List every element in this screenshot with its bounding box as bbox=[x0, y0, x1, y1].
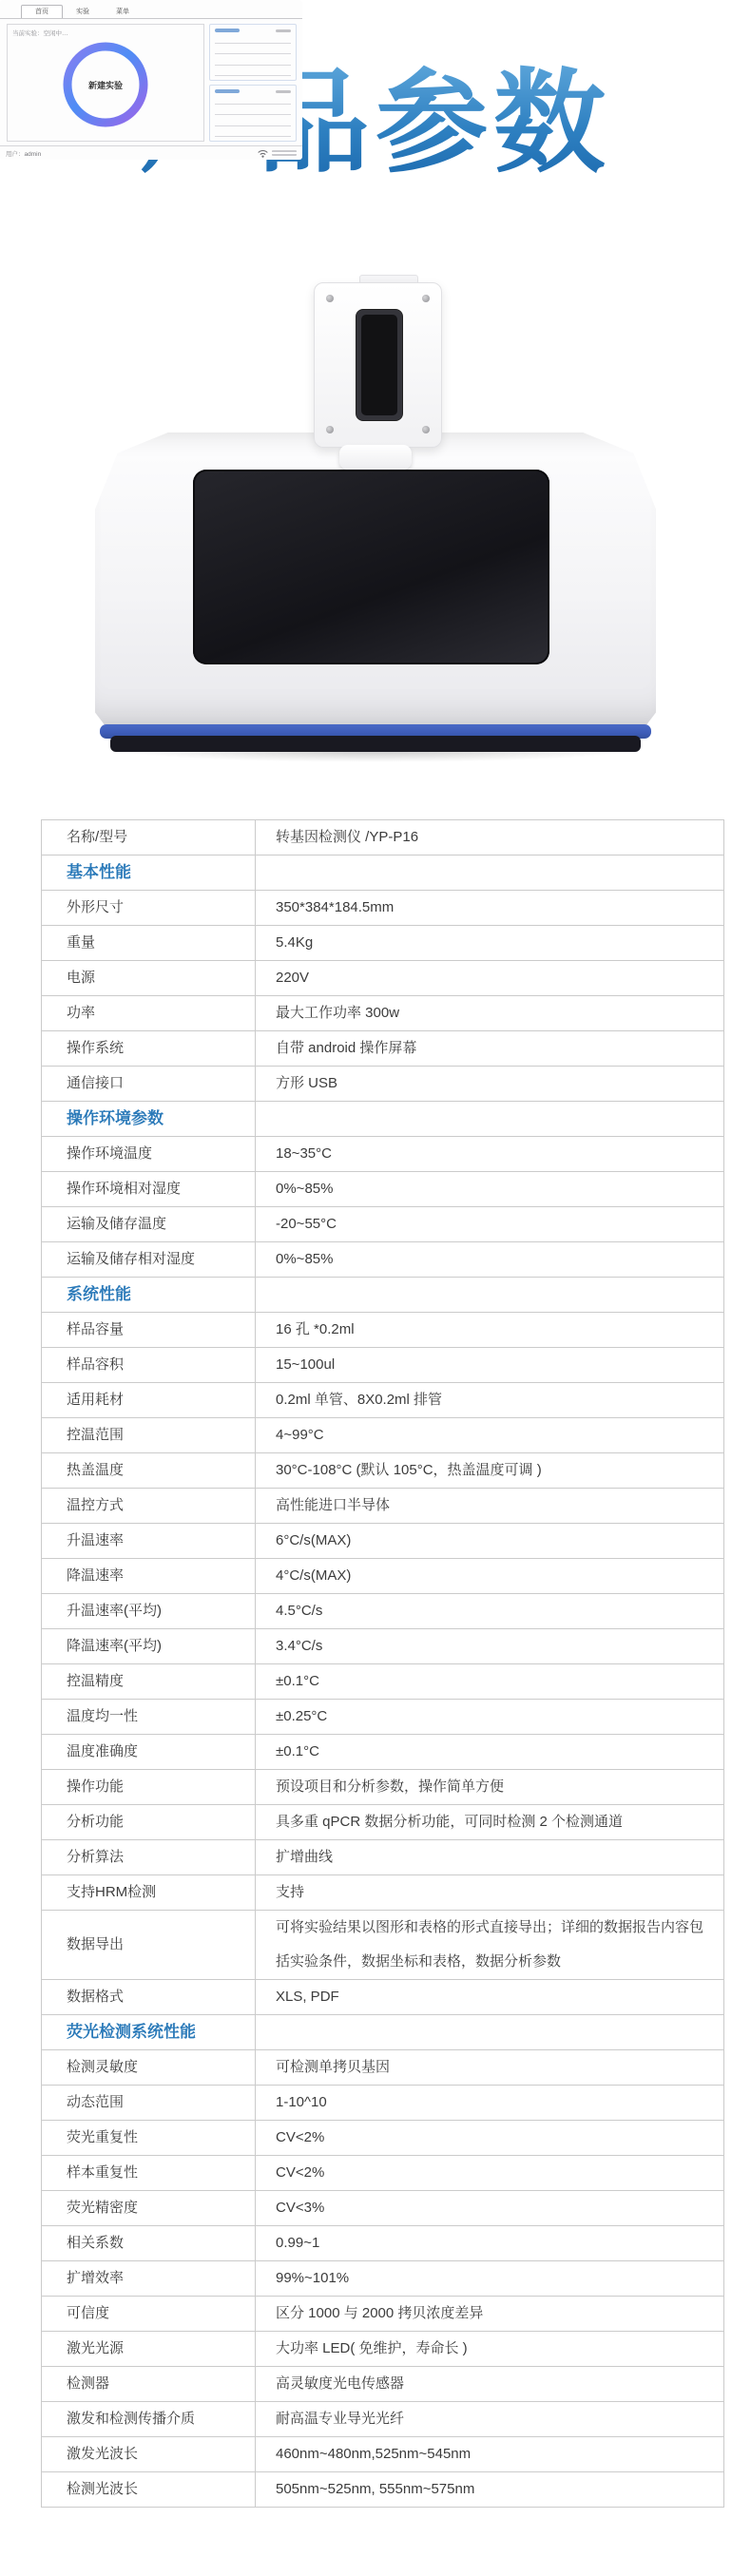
side-panel-title-bar bbox=[215, 89, 240, 93]
spec-value: 220V bbox=[256, 961, 724, 996]
spec-value: 4~99°C bbox=[256, 1418, 724, 1453]
spec-label: 控温精度 bbox=[42, 1664, 256, 1700]
section-row: 操作环境参数 bbox=[42, 1102, 724, 1137]
spec-row: 重量5.4Kg bbox=[42, 926, 724, 961]
spec-row: 荧光精密度CV<3% bbox=[42, 2191, 724, 2226]
spec-value: 1-10^10 bbox=[256, 2086, 724, 2121]
spec-row: 操作环境温度18~35°C bbox=[42, 1137, 724, 1172]
spec-label: 样品容积 bbox=[42, 1348, 256, 1383]
spec-label: 功率 bbox=[42, 996, 256, 1031]
spec-row: 激光光源大功率 LED( 免维护，寿命长 ) bbox=[42, 2332, 724, 2367]
spec-row: 操作环境相对湿度0%~85% bbox=[42, 1172, 724, 1207]
spec-row: 检测光波长505nm~525nm, 555nm~575nm bbox=[42, 2472, 724, 2508]
spec-row: 温度均一性±0.25°C bbox=[42, 1700, 724, 1735]
section-title: 操作环境参数 bbox=[42, 1102, 256, 1137]
spec-value: 转基因检测仪 /YP-P16 bbox=[256, 820, 724, 855]
spec-label: 扩增效率 bbox=[42, 2261, 256, 2297]
spec-label: 降温速率 bbox=[42, 1559, 256, 1594]
spec-value: 大功率 LED( 免维护，寿命长 ) bbox=[256, 2332, 724, 2367]
device-foot-strip bbox=[110, 736, 641, 752]
screen-side-panel bbox=[209, 24, 297, 81]
screen-bezel bbox=[193, 470, 549, 664]
spec-row: 操作功能预设项目和分析参数，操作简单方便 bbox=[42, 1770, 724, 1805]
specs-table-body: 名称/型号转基因检测仪 /YP-P16基本性能外形尺寸350*384*184.5… bbox=[42, 820, 724, 2508]
spec-label: 运输及储存温度 bbox=[42, 1207, 256, 1242]
screen-clock-text-blur bbox=[272, 150, 297, 156]
screen-status-bar: 用户：admin bbox=[0, 145, 302, 160]
spec-label: 通信接口 bbox=[42, 1067, 256, 1102]
spec-row: 样品容积15~100ul bbox=[42, 1348, 724, 1383]
spec-label: 降温速率(平均) bbox=[42, 1629, 256, 1664]
spec-value: -20~55°C bbox=[256, 1207, 724, 1242]
spec-row: 电源220V bbox=[42, 961, 724, 996]
spec-value: 30°C-108°C (默认 105°C，热盖温度可调 ) bbox=[256, 1453, 724, 1489]
spec-value: 自带 android 操作屏幕 bbox=[256, 1031, 724, 1067]
spec-value: 预设项目和分析参数，操作简单方便 bbox=[256, 1770, 724, 1805]
spec-row: 控温范围4~99°C bbox=[42, 1418, 724, 1453]
screen-tab-experiment: 实验 bbox=[63, 6, 103, 18]
section-row: 荧光检测系统性能 bbox=[42, 2015, 724, 2050]
spec-row: 温度准确度±0.1°C bbox=[42, 1735, 724, 1770]
spec-label: 热盖温度 bbox=[42, 1453, 256, 1489]
spec-value: XLS, PDF bbox=[256, 1980, 724, 2015]
spec-value bbox=[256, 1102, 724, 1137]
spec-row: 功率最大工作功率 300w bbox=[42, 996, 724, 1031]
screen-side-panel bbox=[209, 85, 297, 142]
spec-row: 可信度区分 1000 与 2000 拷贝浓度差异 bbox=[42, 2297, 724, 2332]
spec-value: 区分 1000 与 2000 拷贝浓度差异 bbox=[256, 2297, 724, 2332]
module-latch bbox=[339, 445, 412, 470]
spec-value: 高性能进口半导体 bbox=[256, 1489, 724, 1524]
spec-label: 适用耗材 bbox=[42, 1383, 256, 1418]
screen-user-label: 用户：admin bbox=[6, 149, 41, 158]
spec-label: 分析功能 bbox=[42, 1805, 256, 1840]
spec-label: 荧光精密度 bbox=[42, 2191, 256, 2226]
spec-label: 控温范围 bbox=[42, 1418, 256, 1453]
sample-module bbox=[314, 282, 442, 448]
screen-main-panel: 当前实验：空闲中… 新建实验 bbox=[7, 24, 204, 142]
spec-label: 检测灵敏度 bbox=[42, 2050, 256, 2086]
spec-row: 外形尺寸350*384*184.5mm bbox=[42, 891, 724, 926]
spec-value: 高灵敏度光电传感器 bbox=[256, 2367, 724, 2402]
specs-table: 名称/型号转基因检测仪 /YP-P16基本性能外形尺寸350*384*184.5… bbox=[41, 819, 724, 2508]
spec-label: 升温速率(平均) bbox=[42, 1594, 256, 1629]
spec-label: 升温速率 bbox=[42, 1524, 256, 1559]
spec-row: 控温精度±0.1°C bbox=[42, 1664, 724, 1700]
spec-label: 温度准确度 bbox=[42, 1735, 256, 1770]
spec-label: 相关系数 bbox=[42, 2226, 256, 2261]
spec-value: 可检测单拷贝基因 bbox=[256, 2050, 724, 2086]
sample-slot-window bbox=[361, 315, 397, 415]
spec-label: 运输及储存相对湿度 bbox=[42, 1242, 256, 1278]
screw-icon bbox=[422, 295, 430, 302]
new-experiment-label: 新建实验 bbox=[60, 39, 151, 130]
screen-tab-bar: 首页 实验 菜单 bbox=[0, 0, 302, 19]
spec-label: 动态范围 bbox=[42, 2086, 256, 2121]
spec-value: 0%~85% bbox=[256, 1172, 724, 1207]
section-row: 基本性能 bbox=[42, 855, 724, 891]
section-row: 系统性能 bbox=[42, 1278, 724, 1313]
spec-value: 5.4Kg bbox=[256, 926, 724, 961]
section-title: 荧光检测系统性能 bbox=[42, 2015, 256, 2050]
spec-row: 降温速率4°C/s(MAX) bbox=[42, 1559, 724, 1594]
spec-row: 通信接口方形 USB bbox=[42, 1067, 724, 1102]
spec-label: 荧光重复性 bbox=[42, 2121, 256, 2156]
spec-value: 方形 USB bbox=[256, 1067, 724, 1102]
spec-row: 操作系统自带 android 操作屏幕 bbox=[42, 1031, 724, 1067]
spec-value: 460nm~480nm,525nm~545nm bbox=[256, 2437, 724, 2472]
spec-row: 热盖温度30°C-108°C (默认 105°C，热盖温度可调 ) bbox=[42, 1453, 724, 1489]
spec-value bbox=[256, 1278, 724, 1313]
section-title: 系统性能 bbox=[42, 1278, 256, 1313]
screw-icon bbox=[422, 426, 430, 433]
spec-value bbox=[256, 2015, 724, 2050]
spec-label: 可信度 bbox=[42, 2297, 256, 2332]
spec-label: 分析算法 bbox=[42, 1840, 256, 1875]
spec-row: 动态范围1-10^10 bbox=[42, 2086, 724, 2121]
spec-label: 温度均一性 bbox=[42, 1700, 256, 1735]
screen-experiment-status: 当前实验：空闲中… bbox=[12, 29, 68, 37]
spec-row: 降温速率(平均)3.4°C/s bbox=[42, 1629, 724, 1664]
side-panel-more-bar bbox=[276, 90, 291, 93]
spec-row: 扩增效率99%~101% bbox=[42, 2261, 724, 2297]
spec-row: 运输及储存温度-20~55°C bbox=[42, 1207, 724, 1242]
spec-value: 0.2ml 单管、8X0.2ml 排管 bbox=[256, 1383, 724, 1418]
spec-row: 相关系数0.99~1 bbox=[42, 2226, 724, 2261]
spec-value: CV<3% bbox=[256, 2191, 724, 2226]
spec-row: 名称/型号转基因检测仪 /YP-P16 bbox=[42, 820, 724, 855]
screw-icon bbox=[326, 426, 334, 433]
spec-value: 支持 bbox=[256, 1875, 724, 1911]
device-screen: 首页 实验 菜单 当前实验：空闲中… bbox=[0, 0, 302, 160]
spec-value: 99%~101% bbox=[256, 2261, 724, 2297]
spec-value: 4°C/s(MAX) bbox=[256, 1559, 724, 1594]
spec-row: 检测器高灵敏度光电传感器 bbox=[42, 2367, 724, 2402]
spec-value: 4.5°C/s bbox=[256, 1594, 724, 1629]
product-image: 首页 实验 菜单 当前实验：空闲中… bbox=[0, 0, 751, 770]
spec-value: 18~35°C bbox=[256, 1137, 724, 1172]
side-panel-title-bar bbox=[215, 29, 240, 32]
spec-label: 数据导出 bbox=[42, 1911, 256, 1980]
spec-row: 检测灵敏度可检测单拷贝基因 bbox=[42, 2050, 724, 2086]
spec-label: 电源 bbox=[42, 961, 256, 996]
spec-row: 分析功能具多重 qPCR 数据分析功能，可同时检测 2 个检测通道 bbox=[42, 1805, 724, 1840]
spec-label: 操作环境相对湿度 bbox=[42, 1172, 256, 1207]
spec-row: 荧光重复性CV<2% bbox=[42, 2121, 724, 2156]
spec-value: 350*384*184.5mm bbox=[256, 891, 724, 926]
spec-label: 重量 bbox=[42, 926, 256, 961]
spec-label: 激发光波长 bbox=[42, 2437, 256, 2472]
spec-row: 激发和检测传播介质耐高温专业导光光纤 bbox=[42, 2402, 724, 2437]
spec-row: 升温速率(平均)4.5°C/s bbox=[42, 1594, 724, 1629]
spec-row: 样品容量16 孔 *0.2ml bbox=[42, 1313, 724, 1348]
spec-value: CV<2% bbox=[256, 2121, 724, 2156]
spec-row: 运输及储存相对湿度0%~85% bbox=[42, 1242, 724, 1278]
spec-value: 505nm~525nm, 555nm~575nm bbox=[256, 2472, 724, 2508]
spec-value: 耐高温专业导光光纤 bbox=[256, 2402, 724, 2437]
spec-label: 激发和检测传播介质 bbox=[42, 2402, 256, 2437]
spec-label: 数据格式 bbox=[42, 1980, 256, 2015]
spec-value: 6°C/s(MAX) bbox=[256, 1524, 724, 1559]
spec-row: 支持HRM检测支持 bbox=[42, 1875, 724, 1911]
spec-label: 外形尺寸 bbox=[42, 891, 256, 926]
spec-value: 最大工作功率 300w bbox=[256, 996, 724, 1031]
spec-row: 升温速率6°C/s(MAX) bbox=[42, 1524, 724, 1559]
spec-row: 激发光波长460nm~480nm,525nm~545nm bbox=[42, 2437, 724, 2472]
spec-label: 检测光波长 bbox=[42, 2472, 256, 2508]
spec-value: 0.99~1 bbox=[256, 2226, 724, 2261]
spec-label: 样品容量 bbox=[42, 1313, 256, 1348]
section-title: 基本性能 bbox=[42, 855, 256, 891]
spec-value: 0%~85% bbox=[256, 1242, 724, 1278]
spec-label: 支持HRM检测 bbox=[42, 1875, 256, 1911]
spec-value: ±0.25°C bbox=[256, 1700, 724, 1735]
side-panel-more-bar bbox=[276, 29, 291, 32]
spec-row: 样本重复性CV<2% bbox=[42, 2156, 724, 2191]
new-experiment-ring: 新建实验 bbox=[60, 39, 151, 130]
spec-row: 数据导出可将实验结果以图形和表格的形式直接导出；详细的数据报告内容包括实验条件，… bbox=[42, 1911, 724, 1980]
spec-label: 操作系统 bbox=[42, 1031, 256, 1067]
spec-row: 适用耗材0.2ml 单管、8X0.2ml 排管 bbox=[42, 1383, 724, 1418]
spec-row: 分析算法扩增曲线 bbox=[42, 1840, 724, 1875]
spec-label: 检测器 bbox=[42, 2367, 256, 2402]
screen-side-column bbox=[209, 24, 297, 142]
spec-value: 具多重 qPCR 数据分析功能，可同时检测 2 个检测通道 bbox=[256, 1805, 724, 1840]
spec-value: 扩增曲线 bbox=[256, 1840, 724, 1875]
spec-value: CV<2% bbox=[256, 2156, 724, 2191]
spec-label: 操作环境温度 bbox=[42, 1137, 256, 1172]
spec-value: 3.4°C/s bbox=[256, 1629, 724, 1664]
screen-tab-home: 首页 bbox=[21, 5, 63, 18]
product-parameter-page: 产品参数 首页 实验 菜单 当前实验：空闲中… bbox=[0, 0, 751, 2576]
spec-value: 可将实验结果以图形和表格的形式直接导出；详细的数据报告内容包括实验条件，数据坐标… bbox=[256, 1911, 724, 1980]
spec-label: 样本重复性 bbox=[42, 2156, 256, 2191]
spec-label: 激光光源 bbox=[42, 2332, 256, 2367]
wifi-icon bbox=[258, 149, 268, 158]
spec-label: 操作功能 bbox=[42, 1770, 256, 1805]
spec-label: 温控方式 bbox=[42, 1489, 256, 1524]
spec-value: 15~100ul bbox=[256, 1348, 724, 1383]
spec-value: ±0.1°C bbox=[256, 1664, 724, 1700]
screen-tab-menu: 菜单 bbox=[103, 6, 143, 18]
screw-icon bbox=[326, 295, 334, 302]
spec-row: 温控方式高性能进口半导体 bbox=[42, 1489, 724, 1524]
sample-slot bbox=[356, 309, 403, 421]
spec-label: 名称/型号 bbox=[42, 820, 256, 855]
spec-row: 数据格式XLS, PDF bbox=[42, 1980, 724, 2015]
spec-value: 16 孔 *0.2ml bbox=[256, 1313, 724, 1348]
spec-value bbox=[256, 855, 724, 891]
spec-value: ±0.1°C bbox=[256, 1735, 724, 1770]
